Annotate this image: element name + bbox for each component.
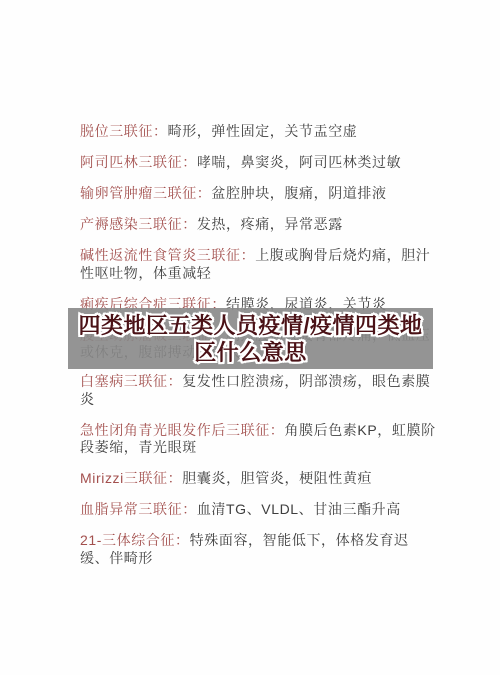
triad-description: 盆腔肿块，腹痛，阴道排液 [211,185,386,201]
triad-name-label: Mirizzi三联征： [80,470,182,486]
triad-list-item: 阿司匹林三联征：哮喘，鼻窦炎，阿司匹林类过敏 [80,154,438,172]
triad-list-item: 脱位三联征：畸形，弹性固定，关节盂空虚 [80,123,438,141]
triad-list-item: 急性闭角青光眼发作后三联征：角膜后色素KP，虹膜阶 段萎缩，青光眼斑 [80,422,438,457]
triad-list-item: 输卵管肿瘤三联征：盆腔肿块，腹痛，阴道排液 [80,185,438,203]
triad-list-item: 21-三体综合征：特殊面容，智能低下，体格发育迟 缓、伴畸形 [80,532,438,567]
triad-description: 畸形，弹性固定，关节盂空虚 [168,123,358,139]
triad-list-item: 白塞病三联征：复发性口腔溃疡，阴部溃疡，眼色素膜 炎 [80,373,438,408]
triad-list-item: 碱性返流性食管炎三联征：上腹或胸骨后烧灼痛，胆汁 性呕吐物，体重减轻 [80,247,438,282]
triad-list-item: 产褥感染三联征：发热，疼痛，异常恶露 [80,216,438,234]
triad-name-label: 碱性返流性食管炎三联征： [80,247,255,263]
watermark-title: 四类地区五类人员疫情/疫情四类地区什么意思 [68,312,433,366]
triad-name-label: 脱位三联征： [80,123,168,139]
triad-name-label: 21-三体综合征： [80,532,190,548]
triad-name-label: 血脂异常三联征： [80,501,197,517]
triad-list-item: Mirizzi三联征：胆囊炎，胆管炎，梗阻性黄疸 [80,470,438,488]
triad-list-item: 血脂异常三联征：血清TG、VLDL、甘油三酯升高 [80,501,438,519]
triad-description: 胆囊炎，胆管炎，梗阻性黄疸 [182,470,372,486]
triad-name-label: 输卵管肿瘤三联征： [80,185,211,201]
triad-name-label: 白塞病三联征： [80,373,182,389]
triad-description: 发热，疼痛，异常恶露 [197,216,343,232]
article-page: 脱位三联征：畸形，弹性固定，关节盂空虚 阿司匹林三联征：哮喘，鼻窦炎，阿司匹林类… [0,0,500,675]
triad-name-label: 产褥感染三联征： [80,216,197,232]
triad-description: 哮喘，鼻窦炎，阿司匹林类过敏 [197,154,401,170]
triad-description: 血清TG、VLDL、甘油三酯升高 [197,501,401,517]
triad-name-label: 阿司匹林三联征： [80,154,197,170]
triad-name-label: 急性闭角青光眼发作后三联征： [80,422,284,438]
watermark-title-band: 四类地区五类人员疫情/疫情四类地区什么意思 [68,308,433,369]
